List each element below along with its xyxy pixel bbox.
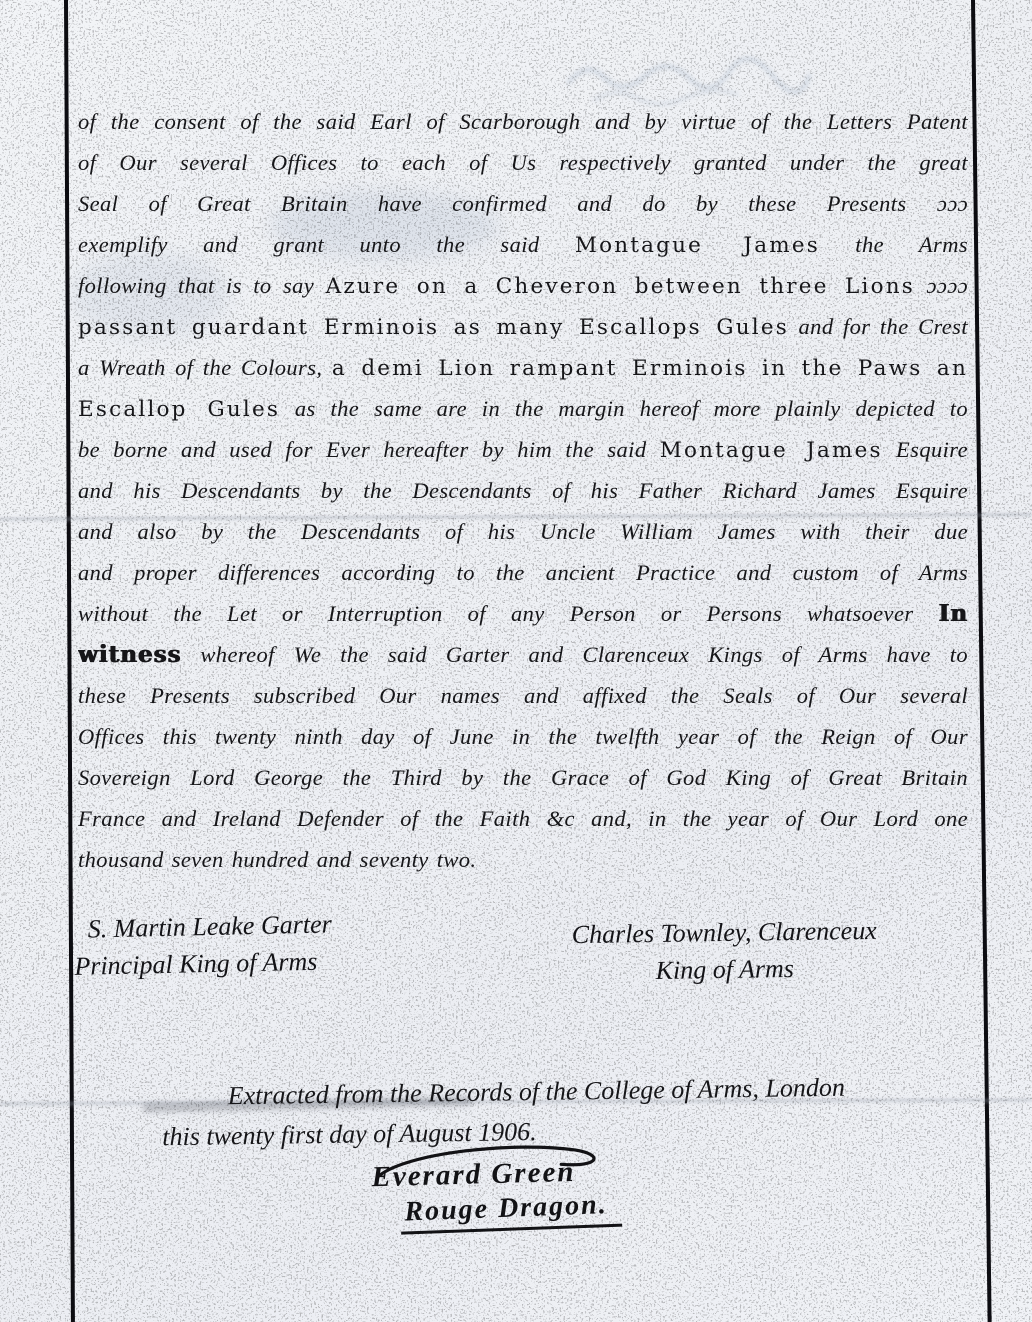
text-line: following that is to say Azure on a Chev… [78, 265, 968, 306]
text-segment-script: Seal of Great Britain have confirmed and… [78, 191, 968, 216]
text-segment-script: Offices this twenty ninth day of June in… [78, 724, 968, 749]
text-line: Escallop Gules as the same are in the ma… [78, 388, 968, 429]
text-segment-script: following that is to say [78, 273, 326, 298]
text-segment-roman: Escallop Gules [78, 397, 280, 422]
text-line: of the consent of the said Earl of Scarb… [78, 101, 968, 142]
text-segment-blackletter: In [939, 600, 968, 627]
right-margin-rule [971, 0, 992, 1322]
signature-garter: S. Martin Leake Garter Principal King of… [87, 905, 333, 984]
text-line: these Presents subscribed Our names and … [78, 675, 968, 716]
text-line: witness whereof We the said Garter and C… [78, 634, 968, 675]
text-segment-script: and proper differences according to the … [78, 560, 968, 585]
text-segment-script: without the Let or Interruption of any P… [78, 601, 939, 626]
text-segment-roman: Azure on a Cheveron between three Lions [326, 274, 915, 299]
text-line: Offices this twenty ninth day of June in… [78, 716, 968, 757]
text-line: thousand seven hundred and seventy two. [78, 839, 968, 880]
text-line: and proper differences according to the … [78, 552, 968, 593]
text-segment-script: as the same are in the margin hereof mor… [280, 396, 968, 421]
text-segment-script: ɔɔɔɔ [915, 273, 968, 298]
text-segment-script: these Presents subscribed Our names and … [78, 683, 968, 708]
text-segment-script: thousand seven hundred and seventy two. [78, 847, 476, 872]
signature-garter-title: Principal King of Arms [74, 942, 333, 984]
text-segment-roman: a demi Lion rampant Erminois in the Paws… [332, 356, 968, 381]
text-segment-script: Sovereign Lord George the Third by the G… [78, 765, 968, 790]
text-segment-script: Esquire [883, 437, 968, 462]
text-line: Seal of Great Britain have confirmed and… [78, 183, 968, 224]
text-segment-script: France and Ireland Defender of the Faith… [78, 806, 968, 831]
signature-rouge-dragon: Everard Green Rouge Dragon. [371, 1155, 622, 1235]
signature-flourish [365, 1141, 616, 1182]
left-margin-rule [64, 0, 75, 1322]
signature-clarenceux-name: Charles Townley, Clarenceux [571, 912, 877, 953]
text-segment-roman: Montague James [660, 438, 883, 463]
text-segment-script: the Arms [820, 232, 968, 257]
text-line: exemplify and grant unto the said Montag… [78, 224, 968, 265]
scanned-document-page: of the consent of the said Earl of Scarb… [0, 0, 1032, 1322]
text-segment-script: and also by the Descendants of his Uncle… [78, 519, 968, 544]
text-line: be borne and used for Ever hereafter by … [78, 429, 968, 470]
text-line: and his Descendants by the Descendants o… [78, 470, 968, 511]
signature-clarenceux: Charles Townley, Clarenceux King of Arms [571, 912, 877, 990]
signature-clarenceux-title: King of Arms [572, 949, 878, 990]
text-line: and also by the Descendants of his Uncle… [78, 511, 968, 552]
text-segment-script: a Wreath of the Colours, [78, 355, 332, 380]
text-line: Sovereign Lord George the Third by the G… [78, 757, 968, 798]
text-line: of Our several Offices to each of Us res… [78, 142, 968, 183]
grant-text: of the consent of the said Earl of Scarb… [78, 101, 968, 880]
text-line: France and Ireland Defender of the Faith… [78, 798, 968, 839]
text-line: a Wreath of the Colours, a demi Lion ram… [78, 347, 968, 388]
text-segment-script: of the consent of the said Earl of Scarb… [78, 109, 968, 134]
text-segment-roman: passant guardant Erminois as many Escall… [78, 315, 789, 340]
text-segment-script: of Our several Offices to each of Us res… [78, 150, 968, 175]
text-segment-blackletter: witness [78, 641, 181, 668]
text-segment-script: whereof We the said Garter and Clarenceu… [181, 642, 968, 667]
signature-garter-name: S. Martin Leake Garter [87, 905, 332, 947]
text-segment-script: be borne and used for Ever hereafter by … [78, 437, 660, 462]
text-line: passant guardant Erminois as many Escall… [78, 306, 968, 347]
text-segment-script: and his Descendants by the Descendants o… [78, 478, 968, 503]
text-segment-script: exemplify and grant unto the said [78, 232, 575, 257]
text-line: without the Let or Interruption of any P… [78, 593, 968, 634]
text-segment-roman: Montague James [575, 233, 820, 258]
signature-rouge-dragon-title: Rouge Dragon. [400, 1189, 623, 1235]
